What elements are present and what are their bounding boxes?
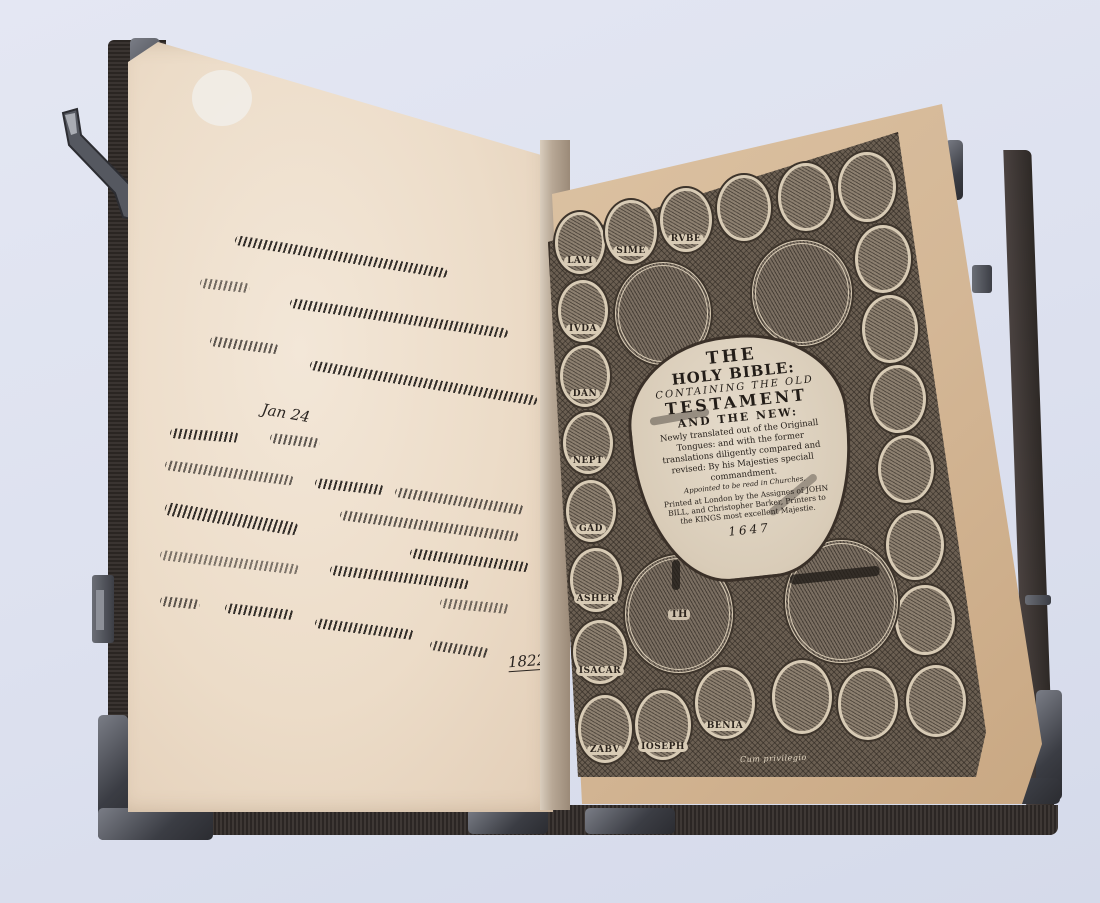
medallion-gad: GAD bbox=[566, 480, 616, 542]
medallion-top-5 bbox=[778, 163, 834, 231]
medallion-right-1 bbox=[855, 225, 911, 293]
medallion-asher: ASHER bbox=[570, 548, 622, 612]
medallion-right-4 bbox=[878, 435, 934, 503]
medallion-zabulon: ZABV bbox=[578, 695, 632, 763]
medallion-nephtali: NEPT bbox=[563, 412, 613, 474]
medallion-dan: DAN bbox=[560, 345, 610, 407]
large-medallion-top-right bbox=[752, 240, 852, 346]
medallion-simeon: SIME bbox=[605, 200, 657, 264]
medallion-bottom-4 bbox=[772, 660, 832, 734]
medallion-bottom-5 bbox=[838, 668, 898, 740]
medallion-levi: LAVI bbox=[555, 212, 605, 274]
medallion-isacar: ISACAR bbox=[573, 620, 627, 684]
left-flyleaf-page bbox=[128, 42, 558, 812]
medallion-top-6 bbox=[838, 152, 896, 222]
right-clasp-upper bbox=[972, 265, 992, 293]
ink-smudge-4 bbox=[672, 560, 680, 590]
medallion-right-5 bbox=[886, 510, 944, 580]
medallion-joseph: IOSEPH bbox=[635, 690, 691, 760]
medallion-benjamin: BENIA bbox=[695, 667, 755, 739]
medallion-right-2 bbox=[862, 295, 918, 363]
medallion-ruben: RVBE bbox=[660, 188, 712, 252]
medallion-top-4 bbox=[717, 175, 771, 241]
medallion-bottom-6 bbox=[906, 665, 966, 737]
medallion-right-6 bbox=[895, 585, 955, 655]
corner-fitting-bottom-left-h bbox=[98, 808, 213, 840]
paper-repair-patch bbox=[192, 70, 252, 126]
book-photo: ...ran, Oxford ... Jan 24 1822 LAVI SIME… bbox=[0, 0, 1100, 903]
right-clasp-lower bbox=[1025, 595, 1051, 605]
spine-fitting-bottom-right bbox=[585, 808, 675, 834]
medallion-juda: IVDA bbox=[558, 280, 608, 342]
left-clasp-bar bbox=[96, 590, 104, 630]
medallion-right-3 bbox=[870, 365, 926, 433]
